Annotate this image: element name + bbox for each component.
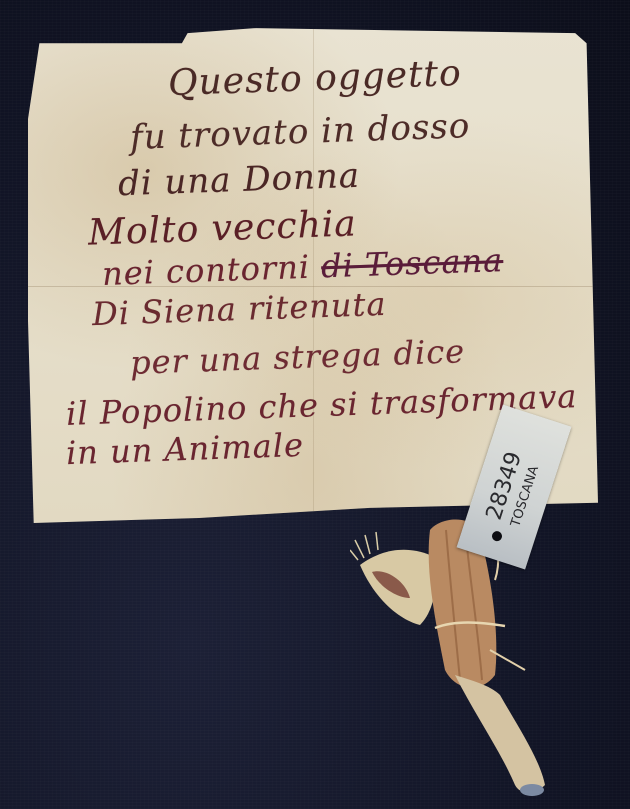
tag-hole-icon [491,530,504,543]
animal-foot-specimen [350,510,570,800]
photograph: Questo oggetto fu trovato in dosso di un… [0,0,630,809]
note-line-3: di una Donna [117,156,360,204]
fur-tuft-icon [350,532,435,625]
struck-through-text: di Toscana [321,241,504,285]
note-line-5-text: nei contorni [101,248,310,293]
leg-icon [455,675,545,796]
